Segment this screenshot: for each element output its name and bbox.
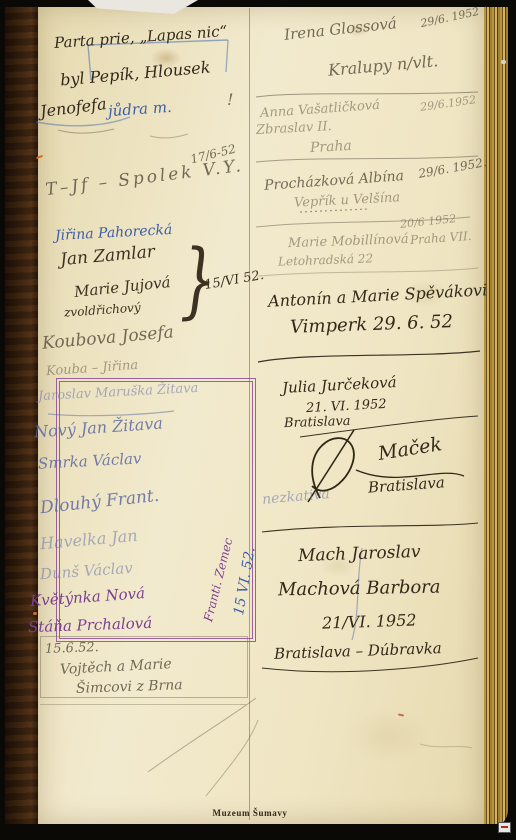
- scan-marker: [498, 822, 511, 833]
- signature-mobillinova: Marie Mobillínová: [288, 233, 409, 250]
- scan-artifact: [501, 60, 506, 64]
- place-zbraslav: Zbraslav II.: [256, 120, 332, 137]
- date-machovi: 21/VI. 1952: [322, 612, 417, 631]
- ink-separator: [258, 351, 480, 362]
- scan-marker-stripe: [501, 826, 508, 828]
- pencil-rule: [40, 704, 246, 705]
- pencil-curl: [206, 720, 258, 796]
- separator-line: [256, 92, 478, 97]
- signature-mach: Mach Jaroslav: [298, 544, 421, 565]
- signature-machova: Machová Barbora: [278, 579, 441, 600]
- date-brno-entry: 15.6.52.: [45, 641, 99, 656]
- museum-imprint: Muzeum Šumavy: [212, 808, 287, 818]
- pencil-scribble: [58, 129, 114, 133]
- pencil-curl: [420, 744, 472, 748]
- pencil-curl: [148, 698, 256, 772]
- ink-separator: [262, 523, 478, 532]
- separator-line: [258, 268, 478, 276]
- place-letohradska: Letohradská 22: [278, 252, 373, 267]
- place-praha: Praha: [310, 139, 353, 155]
- pencil-scribble: [150, 134, 188, 138]
- date-jurcekova: 21. VI. 1952: [306, 398, 387, 415]
- signature-simcovi: Šimcovi z Brna: [76, 678, 183, 696]
- orange-fleck: [33, 612, 37, 615]
- exclamation-mark: !: [227, 92, 233, 108]
- signature-blue-addition: jůdra m.: [108, 100, 173, 119]
- place-bratislava-1: Bratislava: [284, 415, 351, 430]
- blue-frame-line: [226, 40, 228, 72]
- signature-prchalova: Stáňa Prchalová: [28, 616, 153, 635]
